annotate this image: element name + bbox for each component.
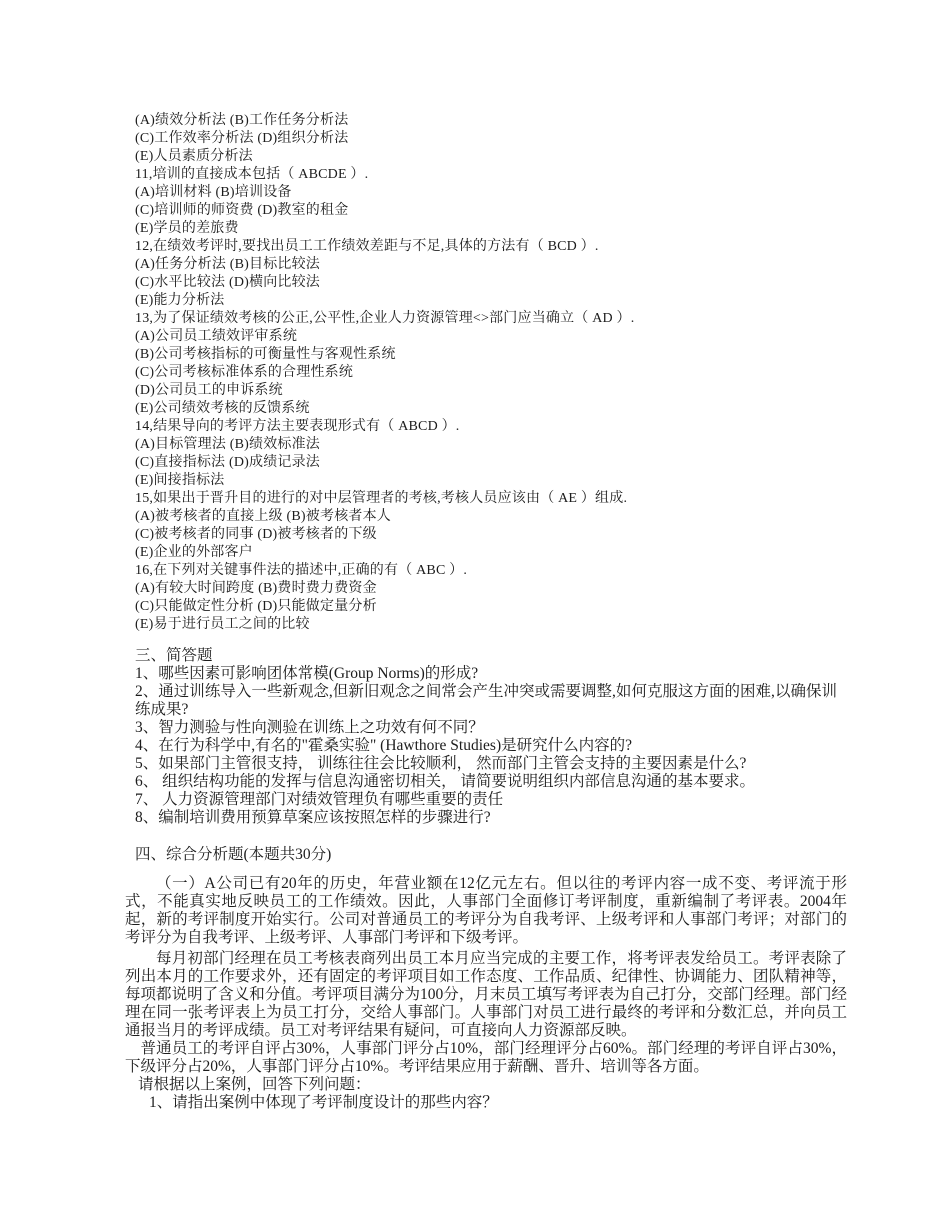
choice-line: (C)直接指标法 (D)成绩记录法 — [135, 454, 847, 472]
choice-line: (C)只能做定性分析 (D)只能做定量分析 — [135, 598, 847, 616]
multiple-choice-section: (A)绩效分析法 (B)工作任务分析法(C)工作效率分析法 (D)组织分析法(E… — [135, 112, 847, 634]
choice-line: 11,培训的直接成本包括（ ABCDE ）. — [135, 166, 847, 184]
case-paragraph-3: 普通员工的考评自评占30%，人事部门评分占10%，部门经理评分占60%。部门经理… — [125, 1040, 847, 1076]
short-answer-items: 1、哪些因素可影响团体常模(Group Norms)的形成?2、通过训练导入一些… — [135, 665, 847, 827]
choice-line: 15,如果出于晋升目的进行的对中层管理者的考核,考核人员应该由（ AE ）组成. — [135, 490, 847, 508]
short-answer-item: 8、编制培训费用预算草案应该按照怎样的步骤进行? — [135, 809, 837, 827]
choice-line: 16,在下列对关键事件法的描述中,正确的有（ ABC ）. — [135, 562, 847, 580]
case-answer-prompt: 请根据以上案例，回答下列问题： — [138, 1076, 847, 1094]
choice-line: 12,在绩效考评时,要找出员工工作绩效差距与不足,具体的方法有（ BCD ）. — [135, 238, 847, 256]
comprehensive-heading: 四、综合分析题(本题共30分) — [135, 846, 847, 864]
choice-line: (D)公司员工的申诉系统 — [135, 382, 847, 400]
choice-line: (C)被考核者的同事 (D)被考核者的下级 — [135, 526, 847, 544]
short-answer-item: 3、智力测验与性向测验在训练上之功效有何不同？ — [135, 719, 837, 737]
document-content: (A)绩效分析法 (B)工作任务分析法(C)工作效率分析法 (D)组织分析法(E… — [125, 112, 847, 1112]
choice-line: (A)绩效分析法 (B)工作任务分析法 — [135, 112, 847, 130]
document-page: (A)绩效分析法 (B)工作任务分析法(C)工作效率分析法 (D)组织分析法(E… — [0, 0, 950, 1230]
choice-line: (E)能力分析法 — [135, 292, 847, 310]
choice-line: (B)公司考核指标的可衡量性与客观性系统 — [135, 346, 847, 364]
choice-line: (A)任务分析法 (B)目标比较法 — [135, 256, 847, 274]
choice-line: (C)工作效率分析法 (D)组织分析法 — [135, 130, 847, 148]
short-answer-item: 2、通过训练导入一些新观念,但新旧观念之间常会产生冲突或需要调整,如何克服这方面… — [135, 683, 837, 719]
choice-line: (A)目标管理法 (B)绩效标准法 — [135, 436, 847, 454]
choice-line: (A)公司员工绩效评审系统 — [135, 328, 847, 346]
choice-line: (C)培训师的师资费 (D)教室的租金 — [135, 202, 847, 220]
short-answer-item: 4、在行为科学中,有名的"霍桑实验" (Hawthore Studies)是研究… — [135, 737, 837, 755]
choice-line: (E)易于进行员工之间的比较 — [135, 616, 847, 634]
case-paragraph-2: 每月初部门经理在员工考核表商列出员工本月应当完成的主要工作，将考评表发给员工。考… — [125, 950, 847, 1040]
choice-line: (A)被考核者的直接上级 (B)被考核者本人 — [135, 508, 847, 526]
choice-line: (E)学员的差旅费 — [135, 220, 847, 238]
short-answer-section: 三、简答题 1、哪些因素可影响团体常模(Group Norms)的形成?2、通过… — [135, 647, 847, 827]
choice-line: (C)水平比较法 (D)横向比较法 — [135, 274, 847, 292]
case-question-1: 1、请指出案例中体现了考评制度设计的那些内容？ — [149, 1094, 847, 1112]
short-answer-item: 5、如果部门主管很支持， 训练往往会比较顺利， 然而部门主管会支持的主要因素是什… — [135, 755, 837, 773]
choice-line: (A)有较大时间跨度 (B)费时费力费资金 — [135, 580, 847, 598]
choice-line: (E)人员素质分析法 — [135, 148, 847, 166]
short-answer-item: 6、 组织结构功能的发挥与信息沟通密切相关， 请简要说明组织内部信息沟通的基本要… — [135, 773, 837, 791]
short-answer-item: 1、哪些因素可影响团体常模(Group Norms)的形成? — [135, 665, 837, 683]
short-answer-heading: 三、简答题 — [135, 647, 837, 665]
case-paragraph-1: （一）A公司已有20年的历史，年营业额在12亿元左右。但以往的考评内容一成不变、… — [125, 875, 847, 947]
choice-line: (A)培训材料 (B)培训设备 — [135, 184, 847, 202]
choice-line: 13,为了保证绩效考核的公正,公平性,企业人力资源管理<>部门应当确立（ AD … — [135, 310, 847, 328]
choice-line: 14,结果导向的考评方法主要表现形式有（ ABCD ）. — [135, 418, 847, 436]
choice-line: (E)公司绩效考核的反馈系统 — [135, 400, 847, 418]
short-answer-item: 7、 人力资源管理部门对绩效管理负有哪些重要的责任 — [135, 791, 837, 809]
choice-line: (C)公司考核标准体系的合理性系统 — [135, 364, 847, 382]
choice-line: (E)间接指标法 — [135, 472, 847, 490]
choice-line: (E)企业的外部客户 — [135, 544, 847, 562]
